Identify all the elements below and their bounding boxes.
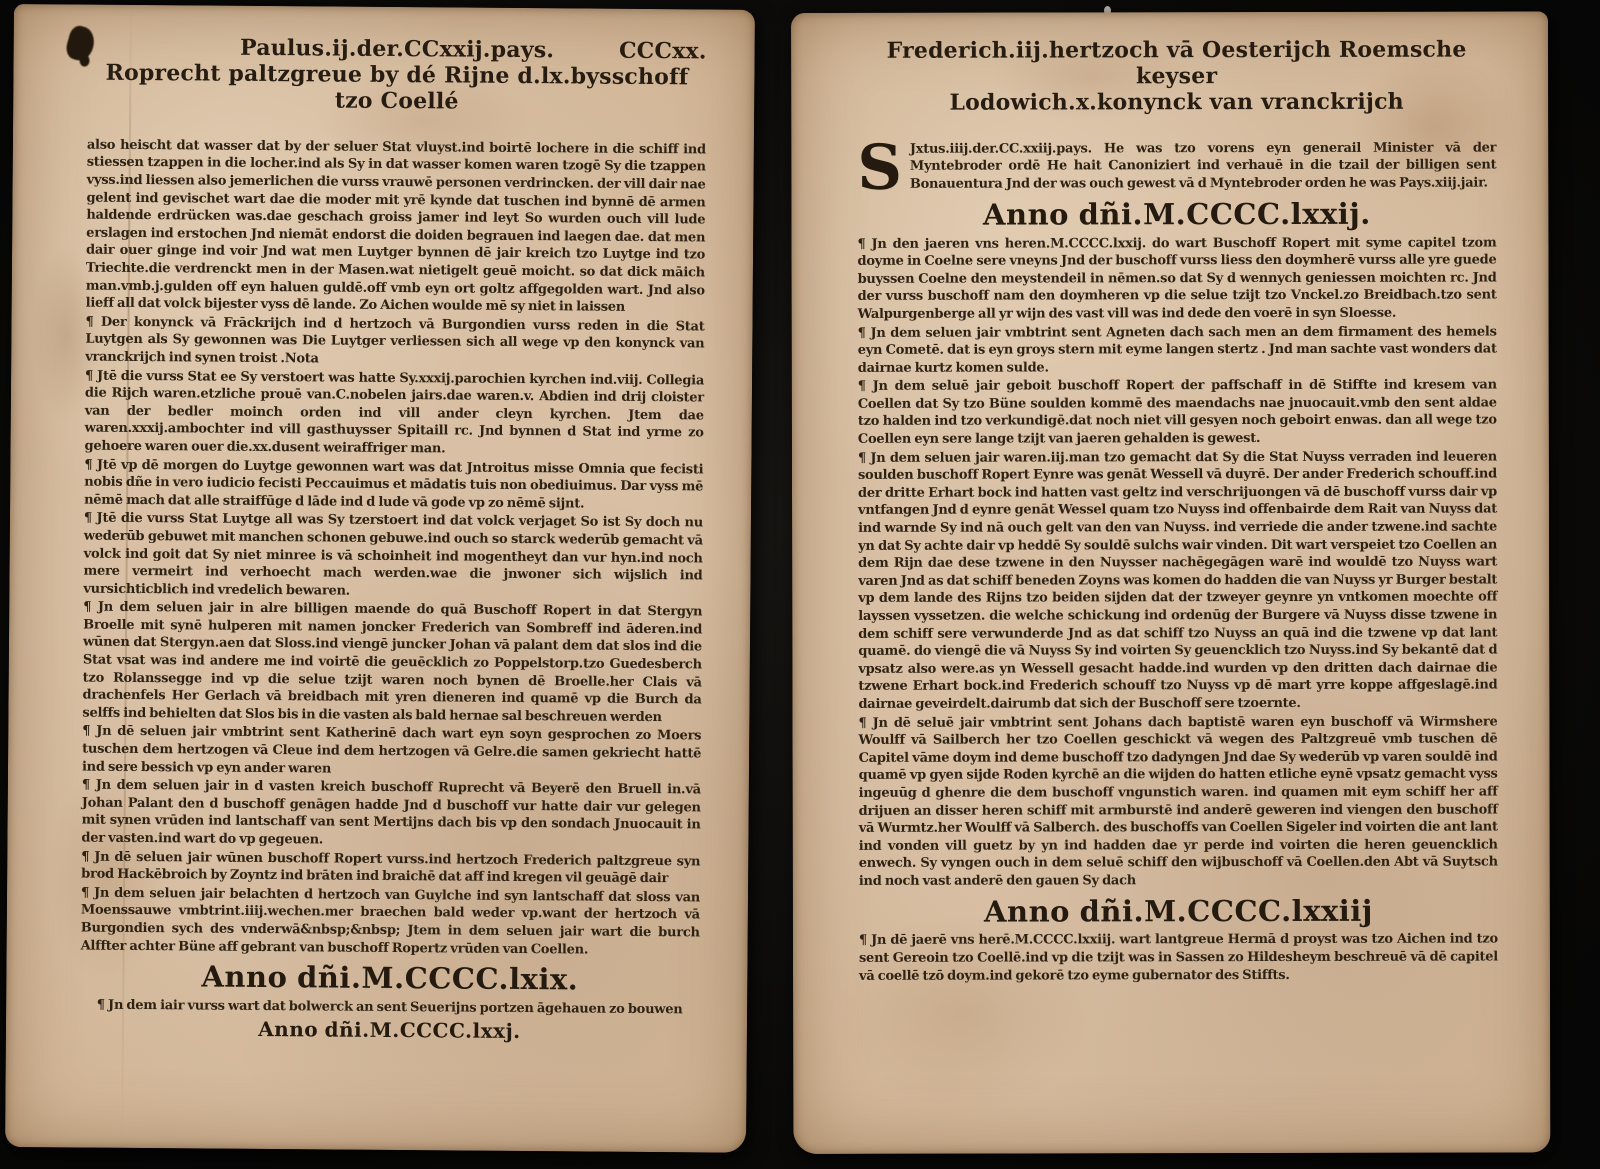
paragraph: ¶ Der konynck vā Frāckrijch ind d hertzo… (85, 313, 704, 371)
running-header-left: Paulus.ij.der.CCxxij.pays. CCCxx. (88, 35, 707, 66)
anno-heading: Anno dñi.M.CCCC.lxxiij (859, 895, 1498, 928)
paragraph: ¶ Jn dē seluen jair wūnen buschoff Roper… (81, 848, 700, 888)
right-page-sheet: Frederich.iij.hertzoch vā Oesterijch Roe… (791, 11, 1550, 1154)
anno-heading: Anno dñi.M.CCCC.lxxj. (80, 1016, 699, 1043)
page-title-left: Roprecht paltzgreue by dé Rijne d.lx.bys… (87, 61, 706, 118)
anno-heading: Anno dñi.M.CCCC.lxxij. (857, 198, 1496, 231)
paragraph: ¶ Jn dem seluen jair in alre billigen ma… (82, 599, 702, 727)
anno-heading: Anno dñi.M.CCCC.lxix. (80, 961, 699, 998)
paragraph: ¶ Jn den jaeren vns heren.M.CCCC.lxxij. … (857, 234, 1496, 323)
paragraph: also heischt dat wasser dat by der selue… (86, 136, 706, 317)
paragraph: ¶ Jn dē seluen jair vmbtrint sent Kather… (82, 723, 701, 781)
paragraph: ¶ Jtē vp dē morgen do Luytge gewonnen wa… (84, 456, 703, 514)
paragraph: ¶ Jtē die vurss Stat Luytge all was Sy t… (83, 510, 703, 603)
paragraph: ¶ Jn dem seluen jair in d vasten kreich … (81, 777, 701, 852)
drop-cap-initial: S (857, 141, 910, 193)
paragraph: ¶ Jn dem seluen jair vmbtrint sent Agnet… (858, 323, 1497, 377)
folio-number: CCCxx. (619, 39, 707, 66)
paragraph: ¶ Jtē die vurss Stat ee Sy verstoert was… (84, 367, 704, 460)
right-page-content: Frederich.iij.hertzoch vā Oesterijch Roe… (791, 11, 1550, 985)
intro-paragraph: SJxtus.iiij.der.CC.xxiij.pays. He was tz… (857, 139, 1496, 193)
body-text-right: SJxtus.iiij.der.CC.xxiij.pays. He was tz… (857, 139, 1498, 985)
page-title-right: Lodowich.x.konynck van vranckrijch (857, 89, 1496, 116)
running-header-right: Frederich.iij.hertzoch vā Oesterijch Roe… (857, 38, 1496, 91)
body-text-left: also heischt dat wasser dat by der selue… (80, 136, 706, 1043)
intro-text: Jxtus.iiij.der.CC.xxiij.pays. He was tzo… (910, 140, 1497, 191)
left-page-content: Paulus.ij.der.CCxxij.pays. CCCxx. Roprec… (6, 4, 755, 1043)
paragraph: ¶ Jn dem iair vurss wart dat bolwerck an… (80, 997, 699, 1019)
paragraph: ¶ Jn dem seluen jair belachten d hertzoc… (81, 884, 701, 959)
paragraph: ¶ Jn dem seluen jair waren.iij.man tzo g… (858, 448, 1498, 713)
running-header-left-text: Paulus.ij.der.CCxxij.pays. (240, 35, 554, 63)
paragraph: ¶ Jn dē seluē jair vmbtrint sent Johans … (858, 713, 1497, 890)
paragraph: ¶ Jn dē jaerē vns herē.M.CCCC.lxxiij. wa… (859, 931, 1498, 985)
left-page-sheet: Paulus.ij.der.CCxxij.pays. CCCxx. Roprec… (5, 4, 755, 1153)
paragraph: ¶ Jn dem seluē jair geboit buschoff Rope… (858, 377, 1497, 449)
